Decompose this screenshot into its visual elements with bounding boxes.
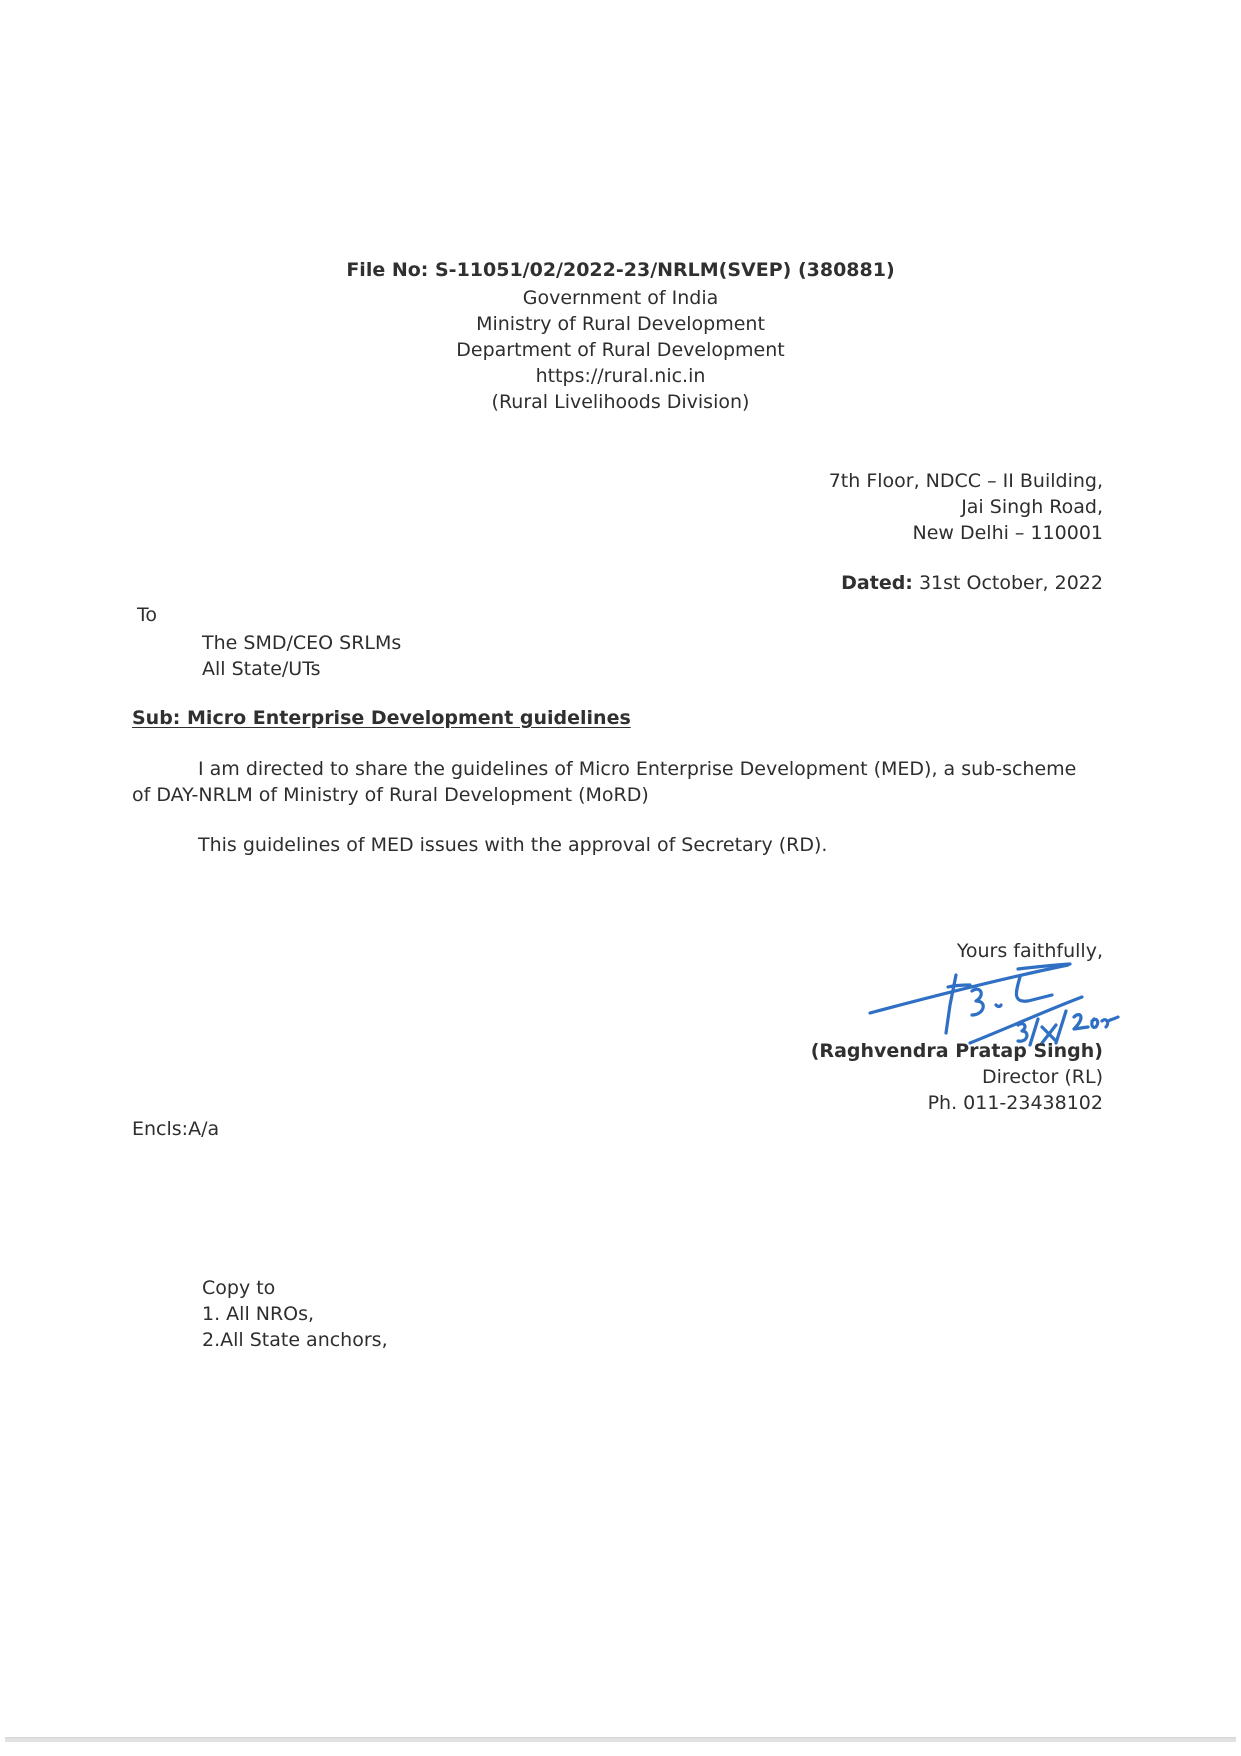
signatory-designation: Director (RL) bbox=[982, 1064, 1103, 1090]
recipient-line-1: The SMD/CEO SRLMs bbox=[202, 630, 401, 656]
date-line: Dated: 31st October, 2022 bbox=[841, 570, 1103, 596]
address-line-3: New Delhi – 110001 bbox=[912, 520, 1103, 546]
org-ministry: Ministry of Rural Development bbox=[0, 311, 1241, 337]
signatory-phone: Ph. 011-23438102 bbox=[928, 1090, 1103, 1116]
recipient-line-2: All State/UTs bbox=[202, 656, 321, 682]
address-line-1: 7th Floor, NDCC – II Building, bbox=[829, 468, 1103, 494]
date-value: 31st October, 2022 bbox=[919, 572, 1103, 594]
copy-to-label: Copy to bbox=[202, 1275, 275, 1301]
address-line-2: Jai Singh Road, bbox=[961, 494, 1103, 520]
enclosure: Encls:A/a bbox=[132, 1116, 219, 1142]
copy-to-item-2: 2.All State anchors, bbox=[202, 1327, 388, 1353]
signatory-name: (Raghvendra Pratap Singh) bbox=[811, 1038, 1103, 1064]
org-department: Department of Rural Development bbox=[0, 337, 1241, 363]
subject-line: Sub: Micro Enterprise Development guidel… bbox=[132, 705, 631, 731]
org-government: Government of India bbox=[0, 285, 1241, 311]
org-website: https://rural.nic.in bbox=[0, 363, 1241, 389]
org-division: (Rural Livelihoods Division) bbox=[0, 389, 1241, 415]
body-paragraph-1-line-1: I am directed to share the guidelines of… bbox=[198, 756, 1076, 782]
to-label: To bbox=[137, 602, 157, 628]
body-paragraph-1-line-2: of DAY-NRLM of Ministry of Rural Develop… bbox=[132, 782, 649, 808]
date-label: Dated: bbox=[841, 572, 913, 594]
body-paragraph-2: This guidelines of MED issues with the a… bbox=[198, 832, 827, 858]
copy-to-item-1: 1. All NROs, bbox=[202, 1301, 314, 1327]
page-bottom-edge bbox=[5, 1737, 1236, 1742]
file-number: File No: S-11051/02/2022-23/NRLM(SVEP) (… bbox=[0, 257, 1241, 283]
